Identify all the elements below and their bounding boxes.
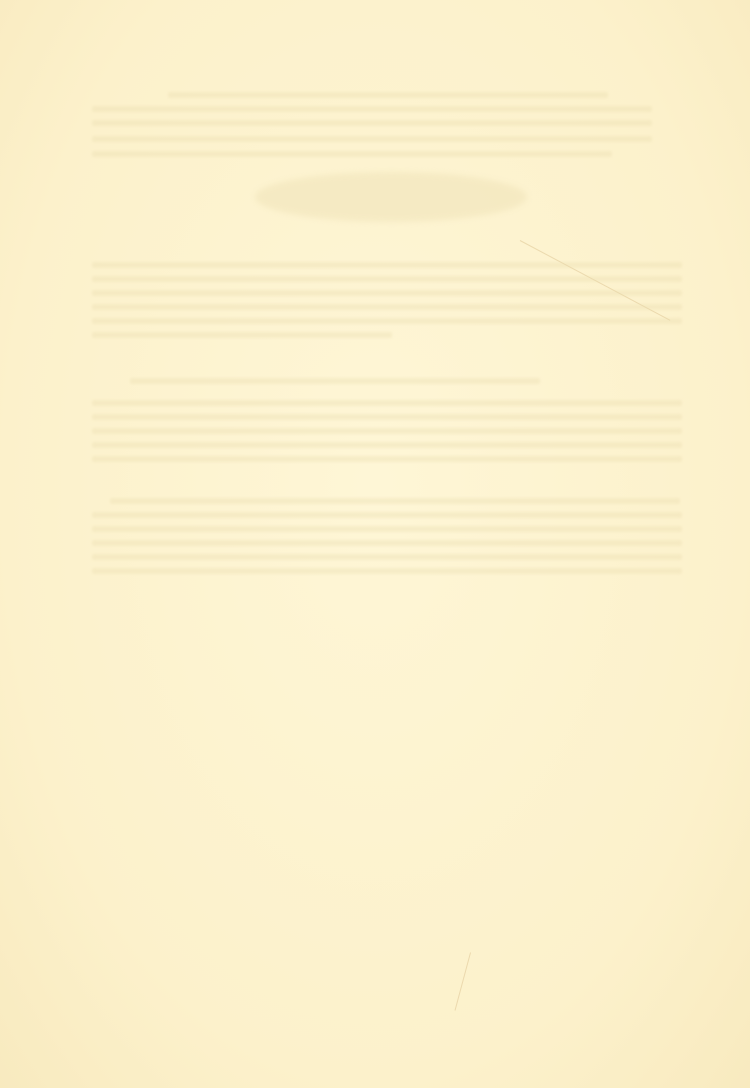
bleed-line	[168, 92, 608, 98]
bleed-line	[92, 151, 612, 157]
bleed-line	[92, 136, 652, 142]
bleed-line	[92, 120, 652, 126]
pen-mark	[455, 952, 471, 1010]
bleed-line	[130, 378, 540, 384]
bleed-line	[92, 526, 682, 532]
bleed-line	[92, 456, 682, 462]
bleed-line	[92, 332, 392, 338]
bleed-line	[92, 400, 682, 406]
bleed-line	[92, 290, 682, 296]
bleed-line	[92, 442, 682, 448]
bleed-line	[92, 276, 682, 282]
bleed-line	[92, 540, 682, 546]
bleed-line	[92, 512, 682, 518]
bleed-line	[92, 554, 682, 560]
bleed-line	[92, 428, 682, 434]
bleed-line	[92, 568, 682, 574]
bleed-line	[92, 262, 682, 268]
bleed-line	[92, 318, 682, 324]
legible-text	[0, 0, 1, 1]
faint-oval-stamp	[255, 172, 527, 222]
bleed-line	[92, 414, 682, 420]
paper-page	[0, 0, 750, 1088]
bleed-line	[92, 304, 682, 310]
bleed-line	[92, 106, 652, 112]
bleed-line	[110, 498, 680, 504]
